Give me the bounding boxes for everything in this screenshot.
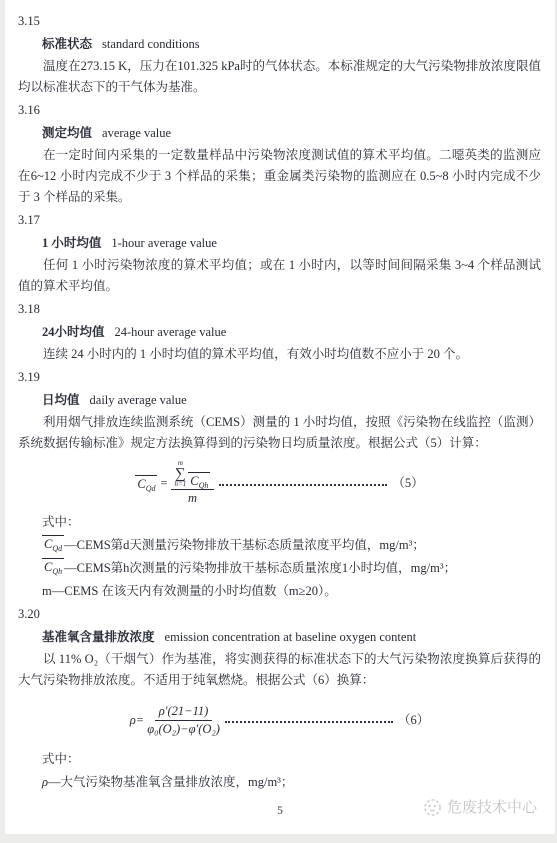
formula-6-expression: ρ= ρ′(21−11) φ₀(O₂)−φ′(O₂) (130, 704, 220, 737)
formula-5: CQd = m ∑ h=1 CQh m （5） (18, 460, 541, 506)
where-item: ρ —大气污染物基准氧含量排放浓度，mg/m³； (42, 772, 541, 793)
where-item: CQd —CEMS第d天测量污染物排放干基标态质量浓度平均值，mg/m³； (42, 535, 541, 556)
definition-text: 任何 1 小时污染物浓度的算术平均值；或在 1 小时内，以等时间间隔采集 3~4… (18, 255, 541, 297)
formula-number: （6） (398, 710, 429, 731)
term-heading: 测定均值average value (18, 123, 541, 144)
symbol-sub: Qd (52, 544, 62, 553)
dotted-leader (219, 484, 387, 486)
symbol-sub: Qh (52, 567, 62, 576)
symbol-definition: —CEMS第d天测量污染物排放干基标态质量浓度平均值，mg/m³； (64, 535, 425, 556)
section-number: 3.15 (18, 11, 541, 32)
numerator: ρ′(21−11) (155, 704, 213, 721)
symbol-definition: —大气污染物基准氧含量排放浓度，mg/m³； (48, 772, 293, 793)
term-heading: 基准氧含量排放浓度emission concentration at basel… (18, 627, 541, 648)
term-heading: 日均值daily average value (18, 390, 541, 411)
symbol-rho: ρ= (130, 710, 144, 731)
section-number: 3.20 (18, 604, 541, 625)
definition-text: 利用烟气排放连续监测系统（CEMS）测量的 1 小时均值，按照《污染物在线监控（… (18, 412, 541, 454)
term-cn: 1 小时均值 (42, 236, 101, 250)
term-en: standard conditions (102, 37, 200, 51)
term-en: average value (102, 126, 171, 140)
panda-logo-icon (423, 798, 442, 817)
watermark-label: 危废技术中心 (447, 797, 537, 818)
symbol-cqh-sub: Qh (199, 481, 209, 490)
term-heading: 24小时均值24-hour average value (18, 322, 541, 343)
term-cn: 基准氧含量排放浓度 (42, 630, 155, 644)
denominator: φ₀(O₂)−φ′(O₂) (147, 721, 220, 737)
sum-lower-limit: h=1 (175, 481, 187, 488)
where-label: 式中： (42, 749, 541, 770)
term-cn: 日均值 (42, 393, 80, 407)
symbol-definition: —CEMS第h次测量的污染物排放干基标态质量浓度1小时均值，mg/m³； (64, 558, 456, 579)
definition-text: 在一定时间内采集的一定数量样品中污染物浓度测试值的算术平均值。二噁英类的监测应在… (18, 145, 541, 208)
definition-text: 以 11% O₂（干烟气）作为基准，将实测获得的标准状态下的大气污染物浓度换算后… (18, 649, 541, 691)
where-item: m —CEMS 在该天内有效测量的小时均值数（m≥20）。 (42, 581, 541, 602)
term-en: 1-hour average value (111, 236, 217, 250)
term-heading: 1 小时均值1-hour average value (18, 233, 541, 254)
term-cn: 24小时均值 (42, 325, 105, 339)
document-page: 3.15 标准状态standard conditions 温度在273.15 K… (5, 0, 555, 834)
symbol: m (42, 581, 52, 602)
sigma-icon: ∑ (175, 467, 186, 481)
definition-text: 温度在273.15 K，压力在101.325 kPa时的气体状态。本标准规定的大… (18, 56, 541, 98)
where-label: 式中： (42, 512, 541, 533)
term-cn: 标准状态 (42, 37, 92, 51)
symbol-definition: —CEMS 在该天内有效测量的小时均值数（m≥20）。 (52, 581, 337, 602)
formula-number: （5） (392, 473, 423, 494)
section-number: 3.16 (18, 100, 541, 121)
term-cn: 测定均值 (42, 126, 92, 140)
symbol-cqh: C (190, 474, 198, 488)
section-number: 3.17 (18, 210, 541, 231)
equals-sign: = (160, 473, 167, 494)
term-en: daily average value (90, 393, 187, 407)
formula-5-expression: CQd = m ∑ h=1 CQh m (135, 460, 214, 506)
section-number: 3.18 (18, 299, 541, 320)
watermark: 危废技术中心 (423, 797, 537, 818)
symbol-cqd: C (137, 477, 145, 491)
term-en: 24-hour average value (115, 325, 227, 339)
denominator-m: m (188, 490, 197, 506)
definition-text: 连续 24 小时内的 1 小时均值的算术平均值，有效小时均值数不应小于 20 个… (18, 344, 541, 365)
where-item: CQh —CEMS第h次测量的污染物排放干基标态质量浓度1小时均值，mg/m³； (42, 558, 541, 579)
section-number: 3.19 (18, 367, 541, 388)
term-en: emission concentration at baseline oxyge… (165, 630, 417, 644)
symbol-cqd-sub: Qd (146, 484, 156, 493)
formula-6: ρ= ρ′(21−11) φ₀(O₂)−φ′(O₂) （6） (18, 697, 541, 743)
term-heading: 标准状态standard conditions (18, 34, 541, 55)
dotted-leader (225, 721, 393, 723)
